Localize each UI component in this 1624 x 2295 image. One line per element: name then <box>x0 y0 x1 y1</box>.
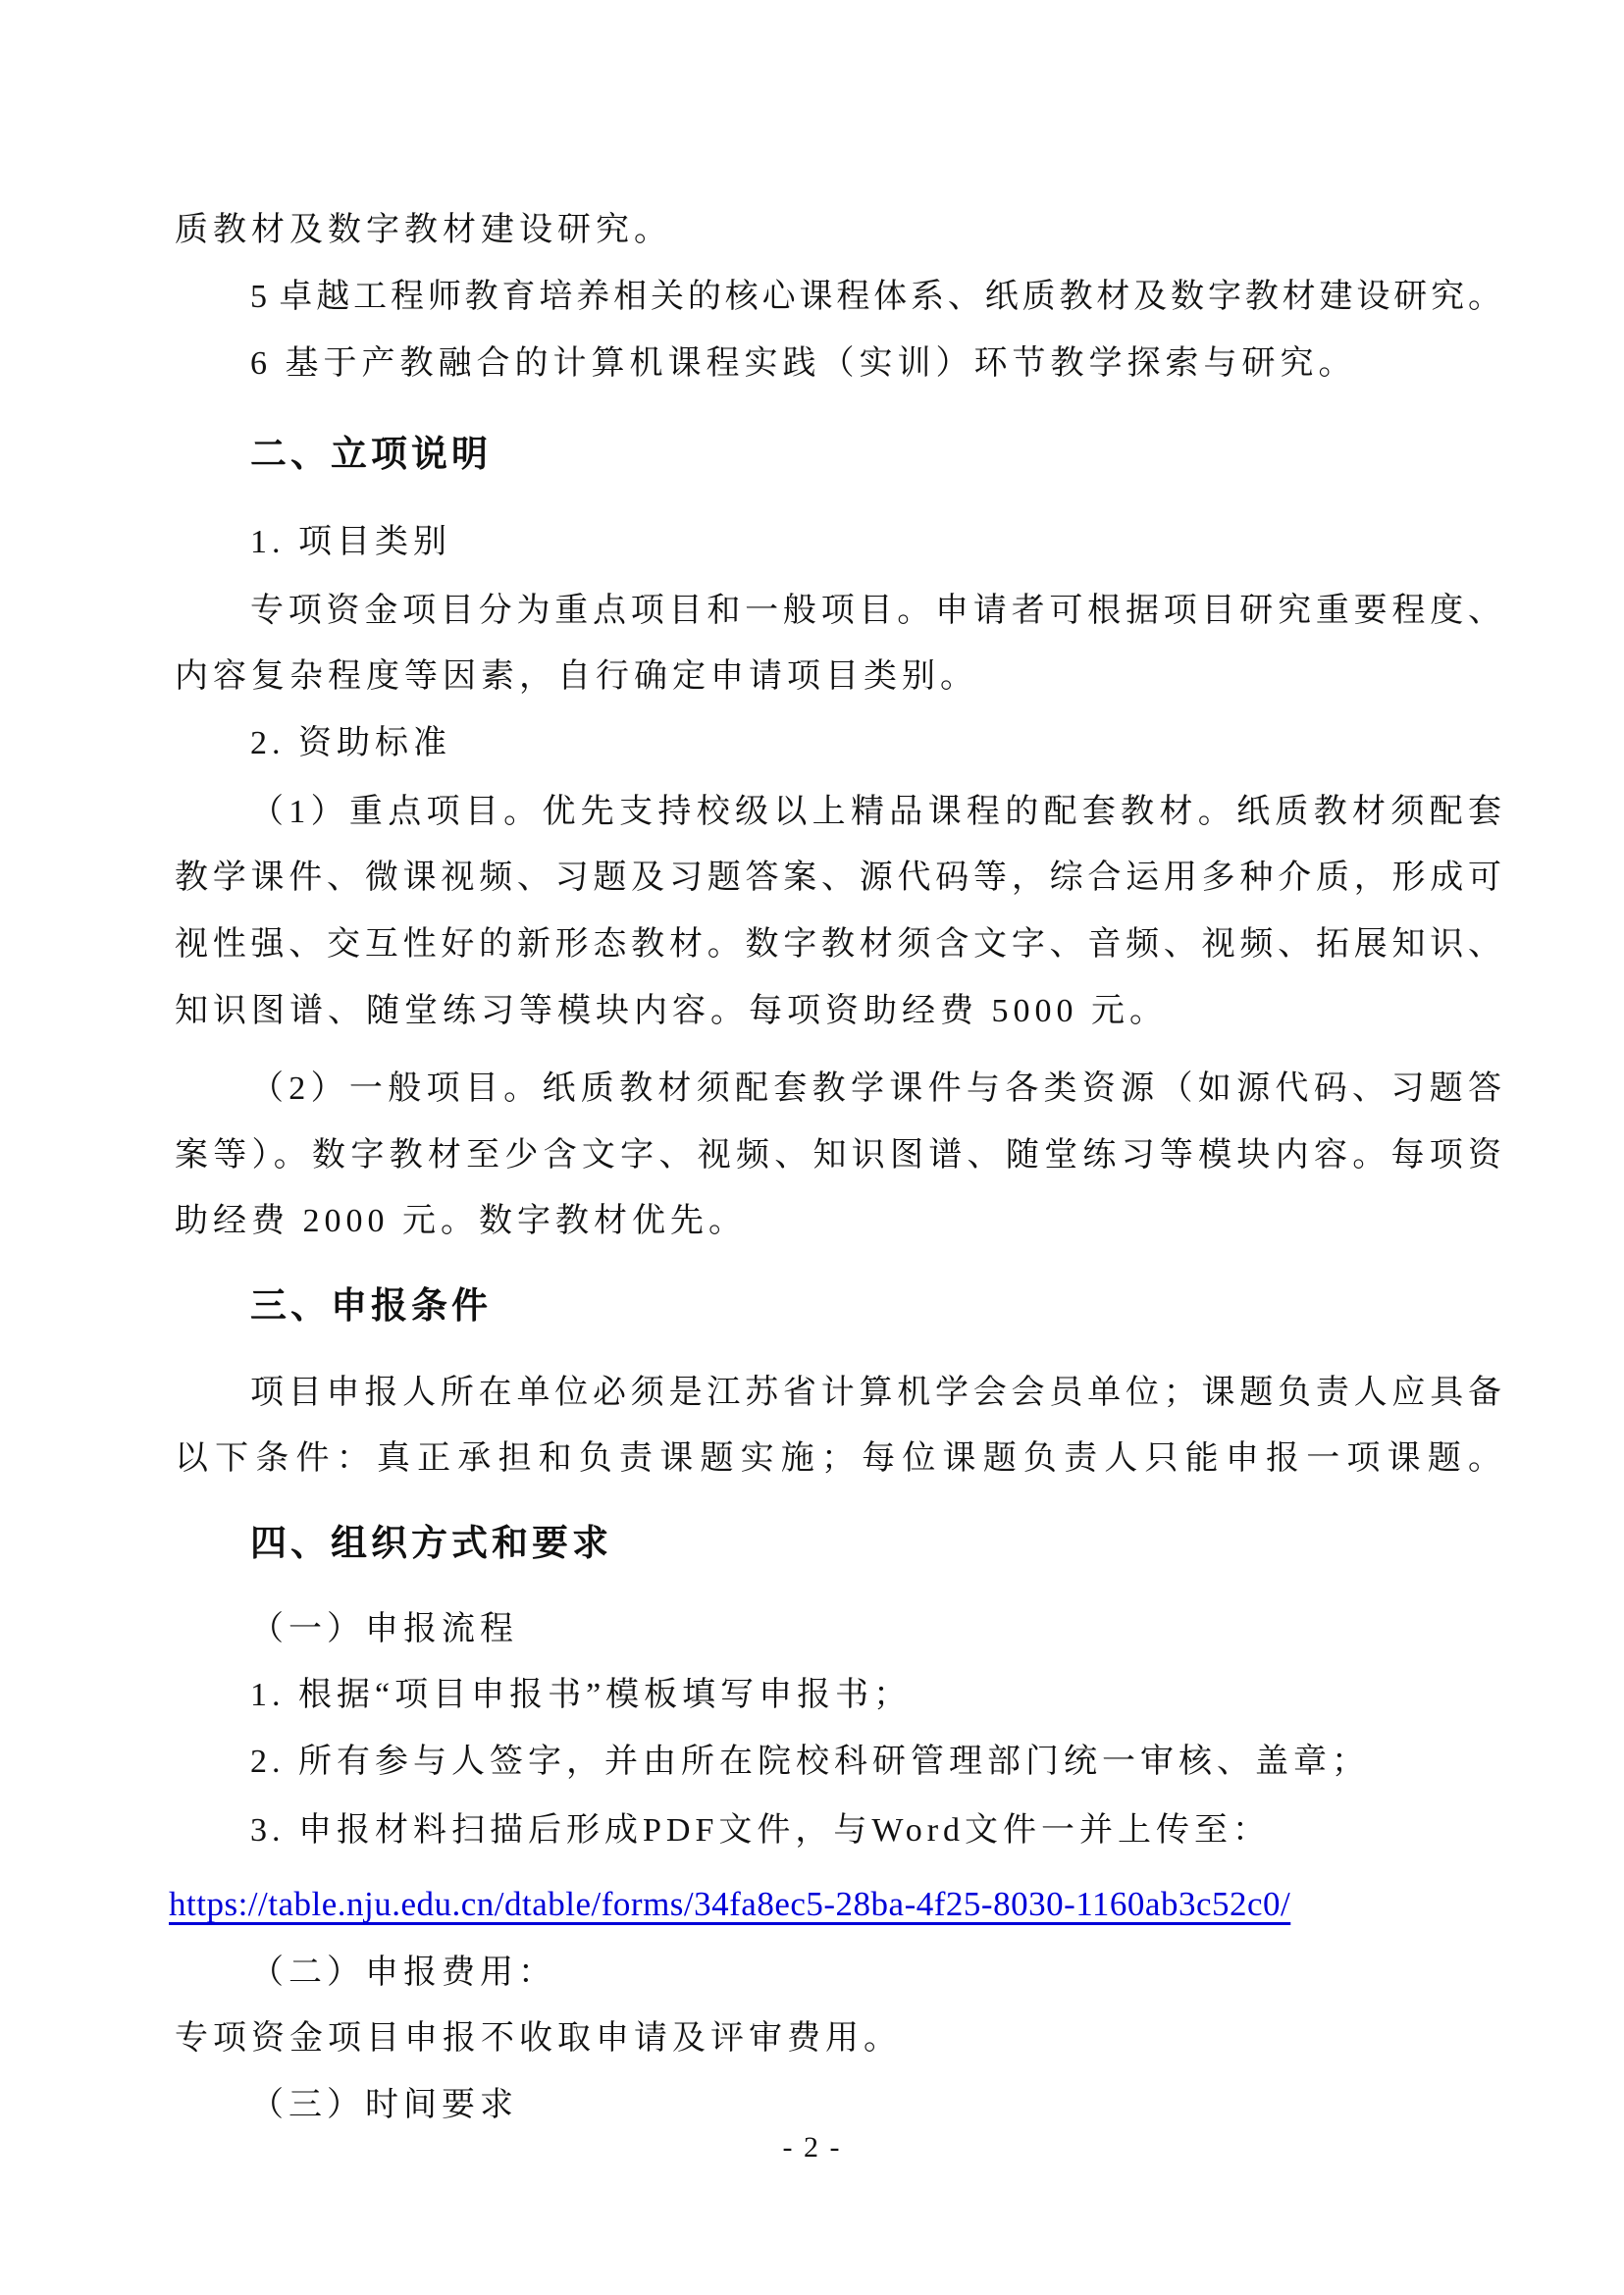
process-step-2: 2. 所有参与人签字，并由所在院校科研管理部门统一审核、盖章； <box>250 1740 1370 1785</box>
body-line: （2）一般项目。纸质教材须配套教学课件与各类资源（如源代码、习题答 <box>250 1067 1501 1112</box>
section-heading-4: 四、组织方式和要求 <box>250 1521 612 1566</box>
body-line: （1）重点项目。优先支持校级以上精品课程的配套教材。纸质教材须配套 <box>250 790 1501 835</box>
subsection-time-requirement: （三）时间要求 <box>250 2083 518 2128</box>
section-heading-2: 二、立项说明 <box>250 432 492 477</box>
body-line: 案等）。数字教材至少含文字、视频、知识图谱、随堂练习等模块内容。每项资 <box>175 1133 1501 1178</box>
subsection-2-funding-standard: 2. 资助标准 <box>250 721 451 766</box>
body-line: 知识图谱、随堂练习等模块内容。每项资助经费 5000 元。 <box>175 989 1168 1034</box>
body-line: 专项资金项目申报不收取申请及评审费用。 <box>175 2016 902 2061</box>
process-step-1: 1. 根据“项目申报书”模板填写申报书； <box>250 1673 912 1718</box>
body-line: 专项资金项目分为重点项目和一般项目。申请者可根据项目研究重要程度、 <box>250 589 1501 634</box>
subsection-1-project-type: 1. 项目类别 <box>250 520 451 565</box>
section-heading-3: 三、申报条件 <box>250 1283 492 1329</box>
body-line: 内容复杂程度等因素，自行确定申请项目类别。 <box>175 654 978 700</box>
subsection-application-fee: （二）申报费用： <box>250 1951 556 1996</box>
body-line: 质教材及数字教材建设研究。 <box>175 208 672 253</box>
body-line: 项目申报人所在单位必须是江苏省计算机学会会员单位；课题负责人应具备 <box>250 1371 1501 1416</box>
body-line: 视性强、交互性好的新形态教材。数字教材须含文字、音频、视频、拓展知识、 <box>175 922 1501 967</box>
subsection-application-process: （一）申报流程 <box>250 1607 518 1652</box>
topic-item-6: 6 基于产教融合的计算机课程实践（实训）环节教学探索与研究。 <box>250 341 1357 387</box>
upload-form-link[interactable]: https://table.nju.edu.cn/dtable/forms/34… <box>169 1882 1290 1927</box>
body-line: 教学课件、微课视频、习题及习题答案、源代码等，综合运用多种介质，形成可 <box>175 856 1501 901</box>
page-number: - 2 - <box>0 2131 1624 2165</box>
body-line: 以下条件：真正承担和负责课题实施；每位课题负责人只能申报一项课题。 <box>175 1436 1501 1482</box>
body-line: 助经费 2000 元。数字教材优先。 <box>175 1199 747 1244</box>
topic-item-5: 5 卓越工程师教育培养相关的核心课程体系、纸质教材及数字教材建设研究。 <box>250 275 1501 320</box>
document-page: 质教材及数字教材建设研究。 5 卓越工程师教育培养相关的核心课程体系、纸质教材及… <box>0 0 1624 2295</box>
process-step-3: 3. 申报材料扫描后形成PDF文件，与Word文件一并上传至： <box>250 1808 1271 1853</box>
